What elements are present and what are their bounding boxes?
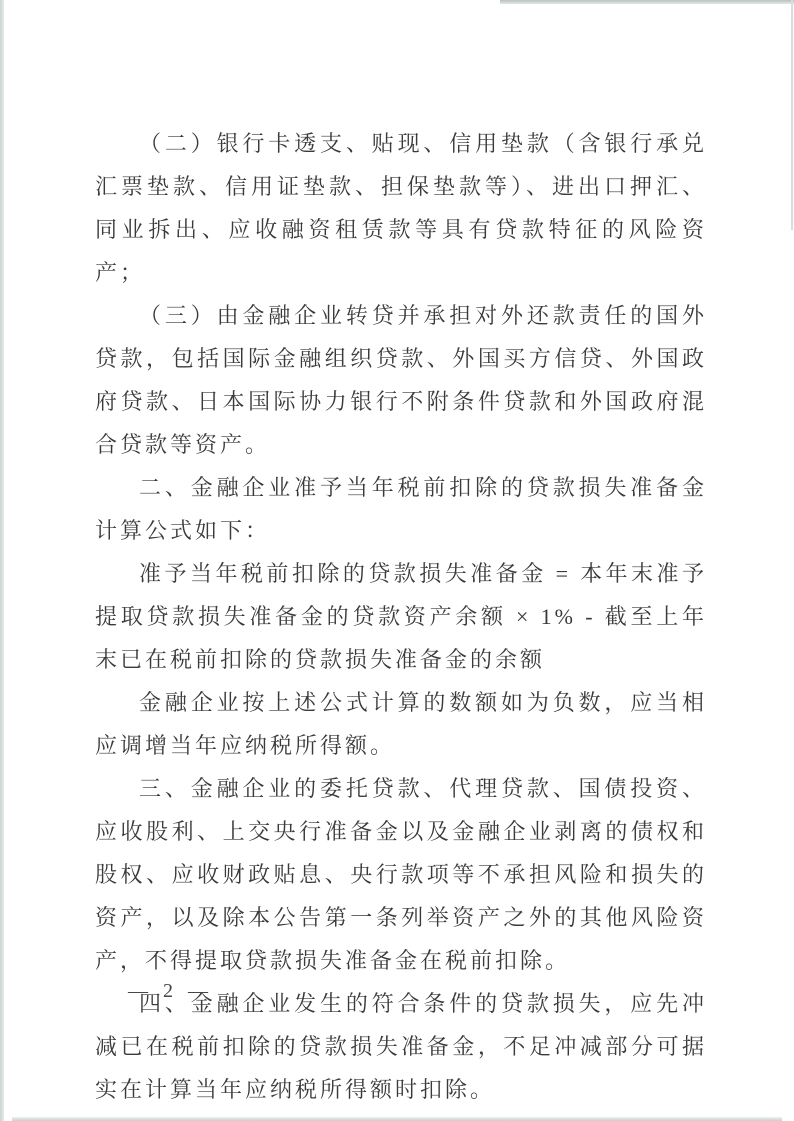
scan-edge-right bbox=[791, 0, 793, 230]
paragraph-negative-amount: 金融企业按上述公式计算的数额如为负数，应当相应调增当年应纳税所得额。 bbox=[95, 681, 707, 767]
scan-edge-top bbox=[500, 0, 794, 4]
paragraph-item-3-foreign-loans: （三）由金融企业转贷并承担对外还款责任的国外贷款，包括国际金融组织贷款、外国买方… bbox=[95, 294, 707, 466]
paragraph-article-2-intro: 二、金融企业准予当年税前扣除的贷款损失准备金计算公式如下： bbox=[95, 466, 707, 552]
scan-edge-left bbox=[0, 0, 4, 1121]
document-page: （二）银行卡透支、贴现、信用垫款（含银行承兑汇票垫款、信用证垫款、担保垫款等）、… bbox=[0, 0, 794, 1121]
scan-edge-bottom bbox=[12, 1117, 782, 1121]
document-body: （二）银行卡透支、贴现、信用垫款（含银行承兑汇票垫款、信用证垫款、担保垫款等）、… bbox=[95, 122, 707, 1111]
paragraph-article-3-excluded-assets: 三、金融企业的委托贷款、代理贷款、国债投资、应收股利、上交央行准备金以及金融企业… bbox=[95, 767, 707, 982]
paragraph-formula: 准予当年税前扣除的贷款损失准备金 = 本年末准予提取贷款损失准备金的贷款资产余额… bbox=[95, 552, 707, 681]
paragraph-item-2-bank-card: （二）银行卡透支、贴现、信用垫款（含银行承兑汇票垫款、信用证垫款、担保垫款等）、… bbox=[95, 122, 707, 294]
page-number: — 2 — bbox=[128, 978, 213, 1004]
